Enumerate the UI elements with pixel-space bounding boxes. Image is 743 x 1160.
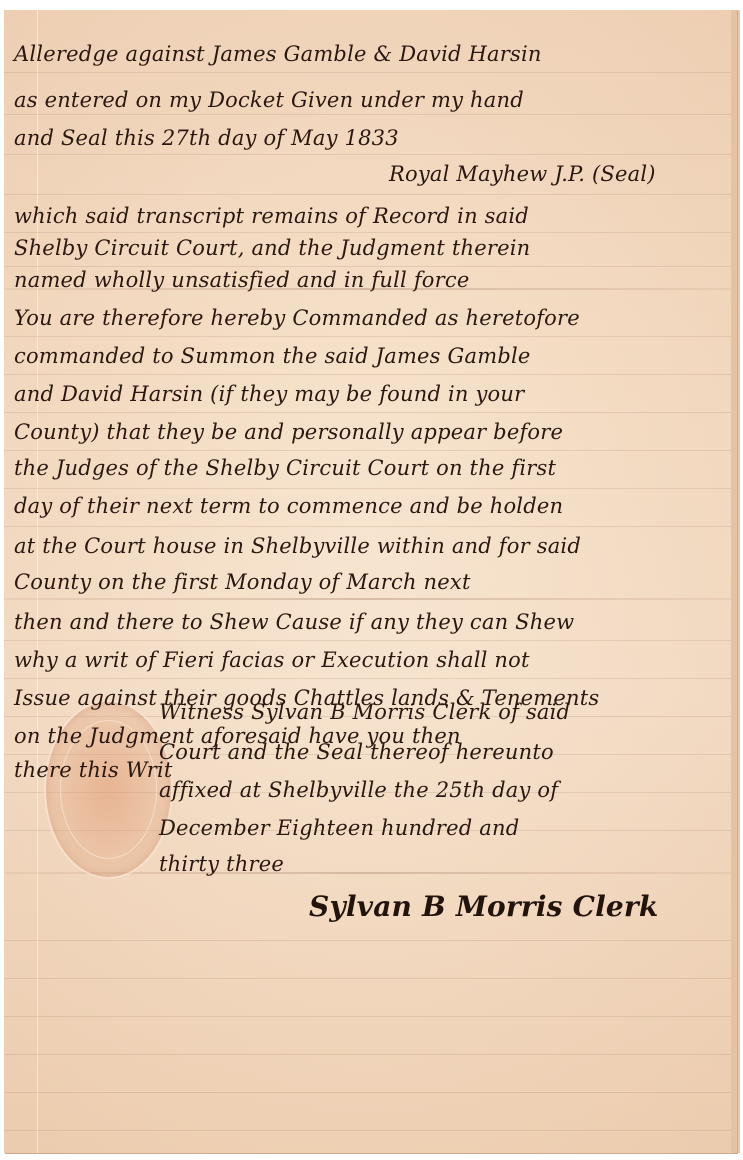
- handwritten-line: there this Writ: [14, 758, 173, 782]
- handwritten-line: County on the first Monday of March next: [14, 570, 471, 594]
- ruled-line: [4, 526, 731, 527]
- attestation-line: affixed at Shelbyville the 25th day of: [159, 778, 558, 802]
- ruled-line: [4, 678, 731, 679]
- ruled-line: [4, 1054, 731, 1055]
- attestation-line: thirty three: [159, 852, 284, 876]
- attestation-line: Witness Sylvan B Morris Clerk of said: [159, 700, 570, 724]
- clerk-signature: Sylvan B Morris Clerk: [309, 890, 658, 923]
- handwritten-line: Shelby Circuit Court, and the Judgment t…: [14, 236, 530, 260]
- ruled-line: [4, 412, 731, 413]
- handwritten-line: Royal Mayhew J.P. (Seal): [389, 162, 656, 186]
- ruled-line: [4, 72, 731, 73]
- ruled-line: [4, 1092, 731, 1093]
- handwritten-line: which said transcript remains of Record …: [14, 204, 529, 228]
- handwritten-line: as entered on my Docket Given under my h…: [14, 88, 524, 112]
- ruled-line: [4, 194, 731, 195]
- handwritten-line: and David Harsin (if they may be found i…: [14, 382, 524, 406]
- handwritten-line: commanded to Summon the said James Gambl…: [14, 344, 531, 368]
- handwritten-line: Alleredge against James Gamble & David H…: [14, 42, 542, 66]
- ruled-line: [4, 940, 731, 941]
- ruled-line: [4, 1130, 731, 1131]
- ruled-line: [4, 374, 731, 375]
- handwritten-line: day of their next term to commence and b…: [14, 494, 563, 518]
- handwritten-line: and Seal this 27th day of May 1833: [14, 126, 399, 150]
- ruled-line: [4, 488, 731, 489]
- ruled-line: [4, 232, 731, 233]
- ruled-line: [4, 266, 731, 267]
- ruled-line: [4, 154, 731, 155]
- handwritten-line: You are therefore hereby Commanded as he…: [14, 306, 580, 330]
- ruled-line: [4, 978, 731, 979]
- attestation-line: December Eighteen hundred and: [159, 816, 519, 840]
- handwritten-line: the Judges of the Shelby Circuit Court o…: [14, 456, 556, 480]
- document-page: Alleredge against James Gamble & David H…: [4, 10, 737, 1153]
- ruled-line: [4, 336, 731, 337]
- ruled-line: [4, 114, 731, 115]
- handwritten-line: County) that they be and personally appe…: [14, 420, 563, 444]
- ruled-line: [4, 450, 731, 451]
- ruled-line: [4, 1016, 731, 1017]
- handwritten-line: then and there to Shew Cause if any they…: [14, 610, 574, 634]
- handwritten-line: named wholly unsatisfied and in full for…: [14, 268, 469, 292]
- paper-fold: [4, 598, 731, 600]
- handwritten-line: why a writ of Fieri facias or Execution …: [14, 648, 530, 672]
- handwritten-line: at the Court house in Shelbyville within…: [14, 534, 581, 558]
- attestation-line: Court and the Seal thereof hereunto: [159, 740, 554, 764]
- ruled-line: [4, 640, 731, 641]
